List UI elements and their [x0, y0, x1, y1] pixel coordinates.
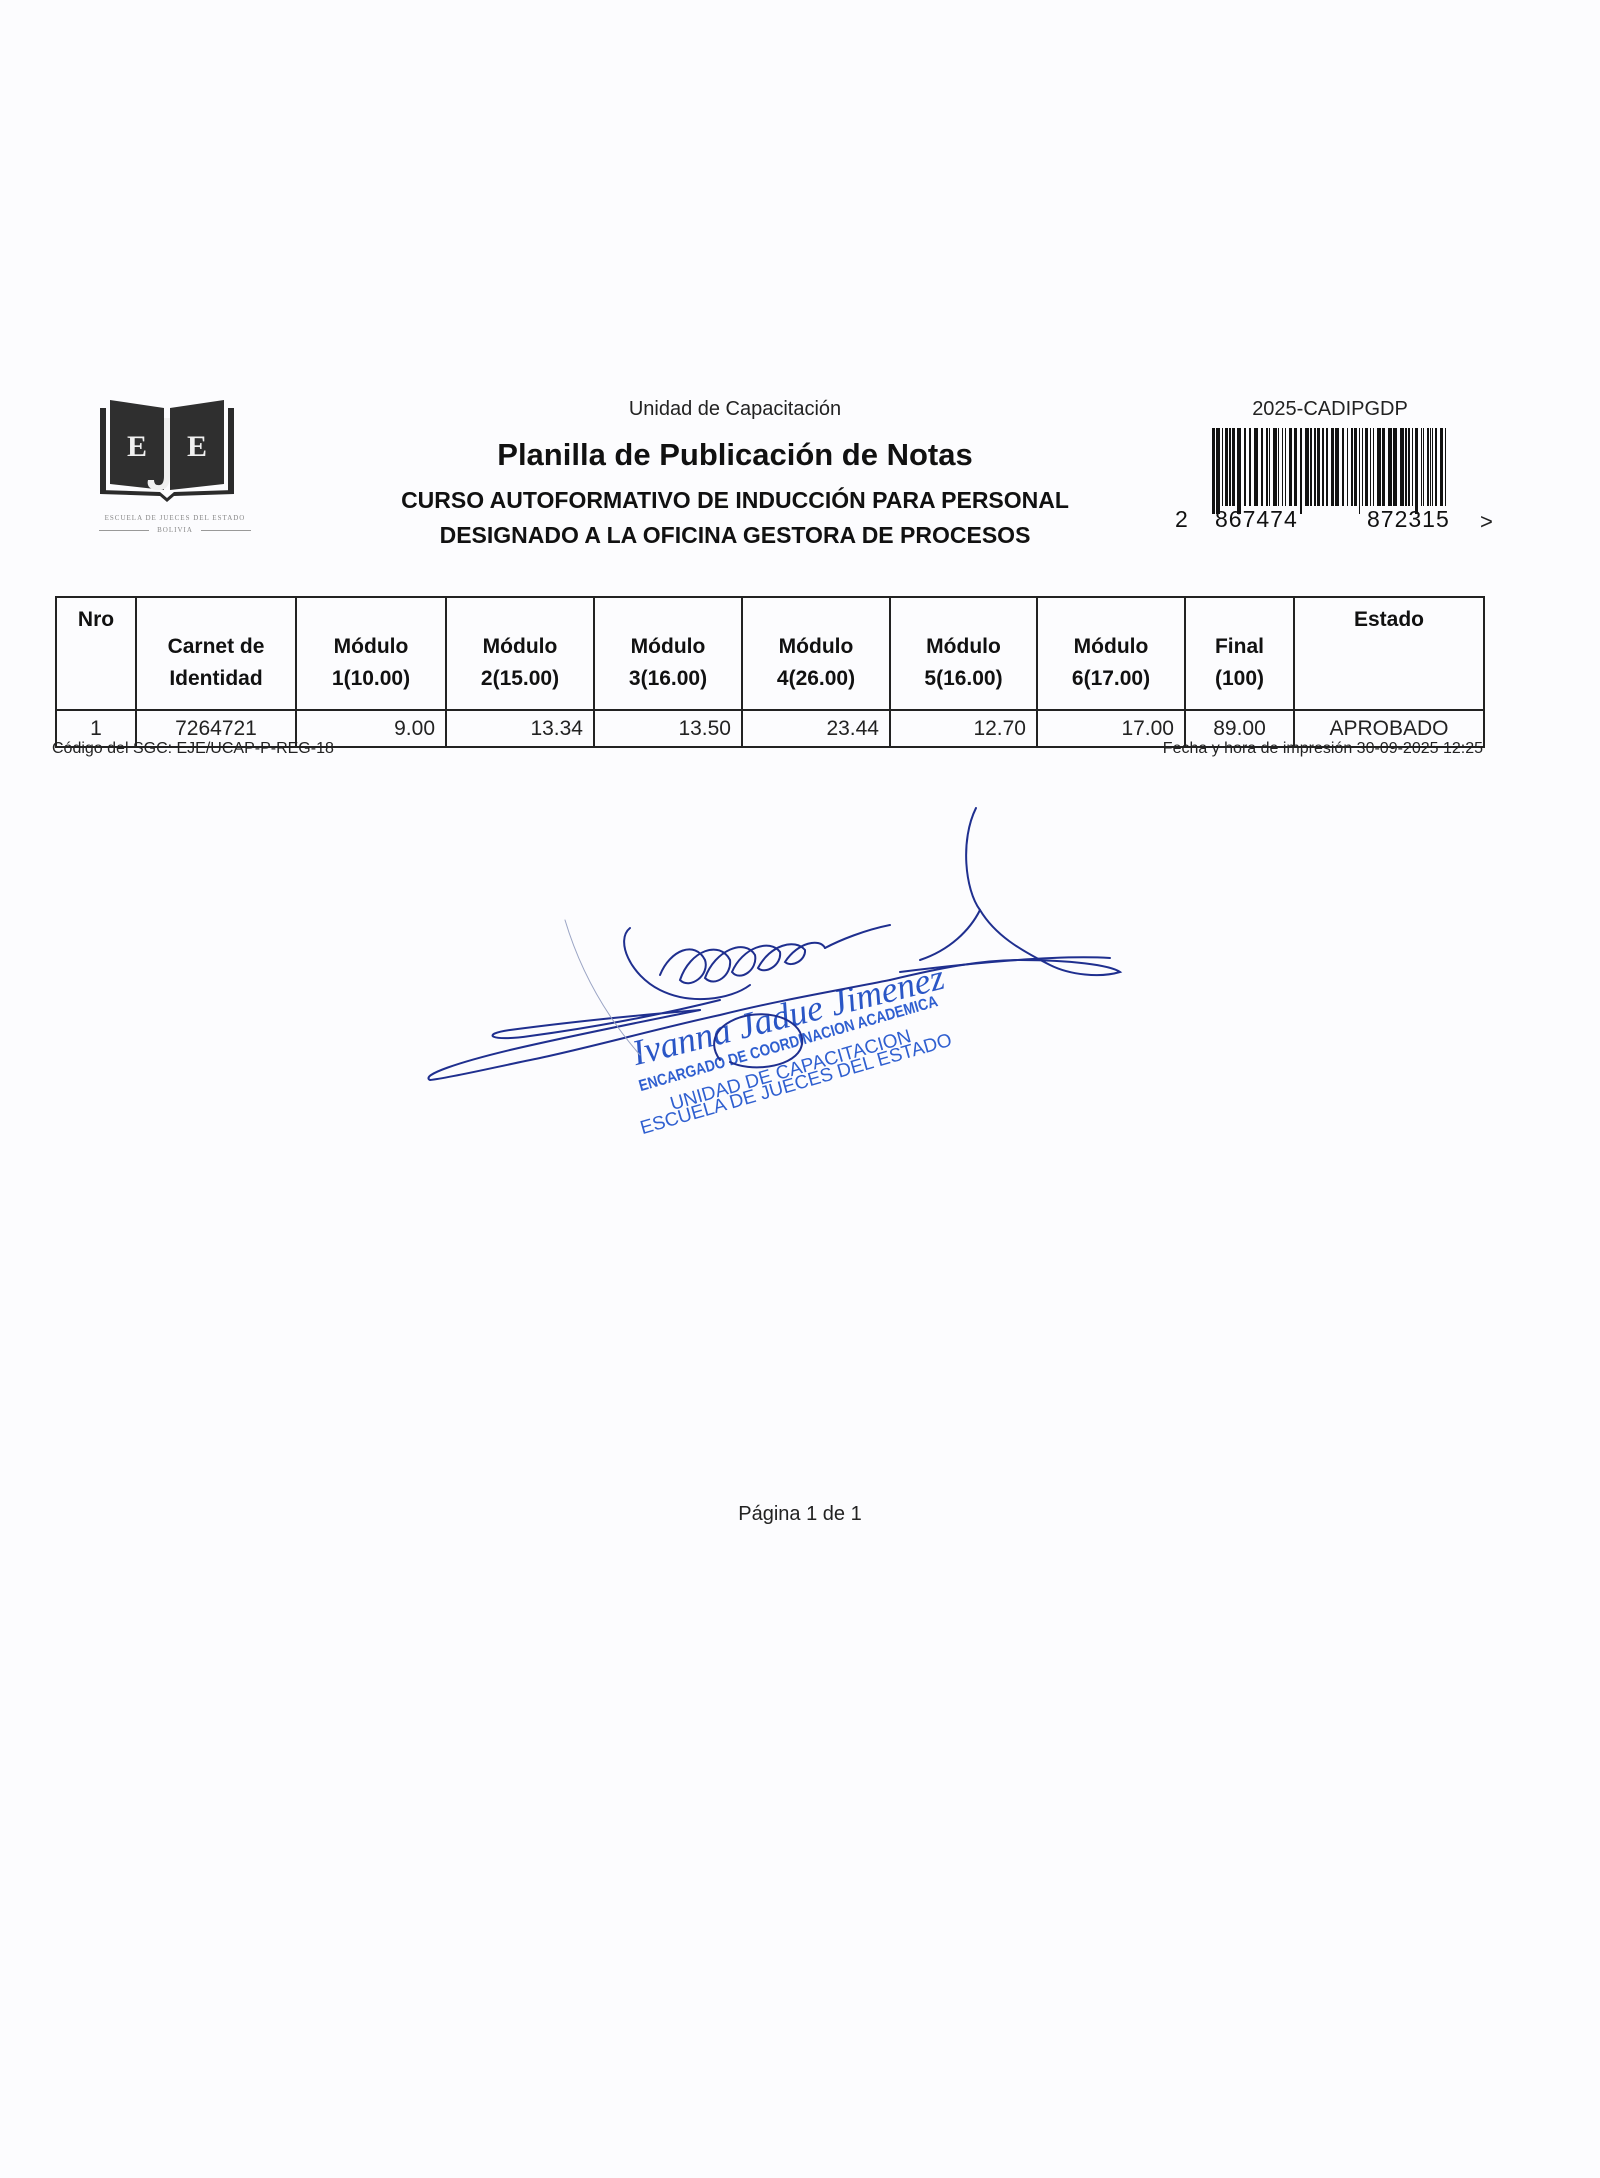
grades-table: Nro Carnet deIdentidad Módulo1(10.00) Mó… — [55, 596, 1485, 748]
header-estado: Estado — [1294, 597, 1484, 710]
barcode-digits: 2867474872315 — [1175, 506, 1450, 533]
header-modulo-4: Módulo4(26.00) — [742, 597, 890, 710]
logo-caption: ESCUELA DE JUECES DEL ESTADO BOLIVIA — [70, 512, 280, 536]
svg-text:E: E — [127, 430, 147, 463]
svg-text:E: E — [187, 430, 207, 463]
cell-modulo-3: 13.50 — [594, 710, 742, 747]
barcode — [1210, 428, 1450, 514]
barcode-arrow: > — [1480, 509, 1493, 535]
page-number: Página 1 de 1 — [650, 1503, 950, 1526]
header-modulo-2: Módulo2(15.00) — [446, 597, 594, 710]
cell-modulo-4: 23.44 — [742, 710, 890, 747]
course-name-line2: DESIGNADO A LA OFICINA GESTORA DE PROCES… — [330, 522, 1140, 549]
cell-modulo-2: 13.34 — [446, 710, 594, 747]
header-carnet: Carnet deIdentidad — [136, 597, 296, 710]
eje-logo: E E — [100, 398, 234, 502]
course-name-line1: CURSO AUTOFORMATIVO DE INDUCCIÓN PARA PE… — [330, 487, 1140, 514]
handwritten-signature — [420, 800, 1140, 1180]
header-modulo-6: Módulo6(17.00) — [1037, 597, 1185, 710]
header-nro: Nro — [56, 597, 136, 710]
logo-caption-title: ESCUELA DE JUECES DEL ESTADO — [70, 512, 280, 524]
document-title: Planilla de Publicación de Notas — [400, 437, 1070, 473]
header-modulo-1: Módulo1(10.00) — [296, 597, 446, 710]
header-modulo-3: Módulo3(16.00) — [594, 597, 742, 710]
unit-name: Unidad de Capacitación — [400, 398, 1070, 421]
logo-caption-country: BOLIVIA — [157, 524, 193, 536]
barcode-code: 2025-CADIPGDP — [1190, 398, 1470, 421]
table-header-row: Nro Carnet deIdentidad Módulo1(10.00) Mó… — [56, 597, 1484, 710]
sgc-code: Código del SGC: EJE/UCAP-P-REG-18 — [52, 740, 334, 758]
header-final: Final(100) — [1185, 597, 1294, 710]
signature-block: Ivanna Jadue Jimenez ENCARGADO DE COORDI… — [420, 800, 1140, 1180]
print-timestamp: Fecha y hora de impresión 30-09-2025 12:… — [1000, 740, 1483, 758]
header-modulo-5: Módulo5(16.00) — [890, 597, 1037, 710]
